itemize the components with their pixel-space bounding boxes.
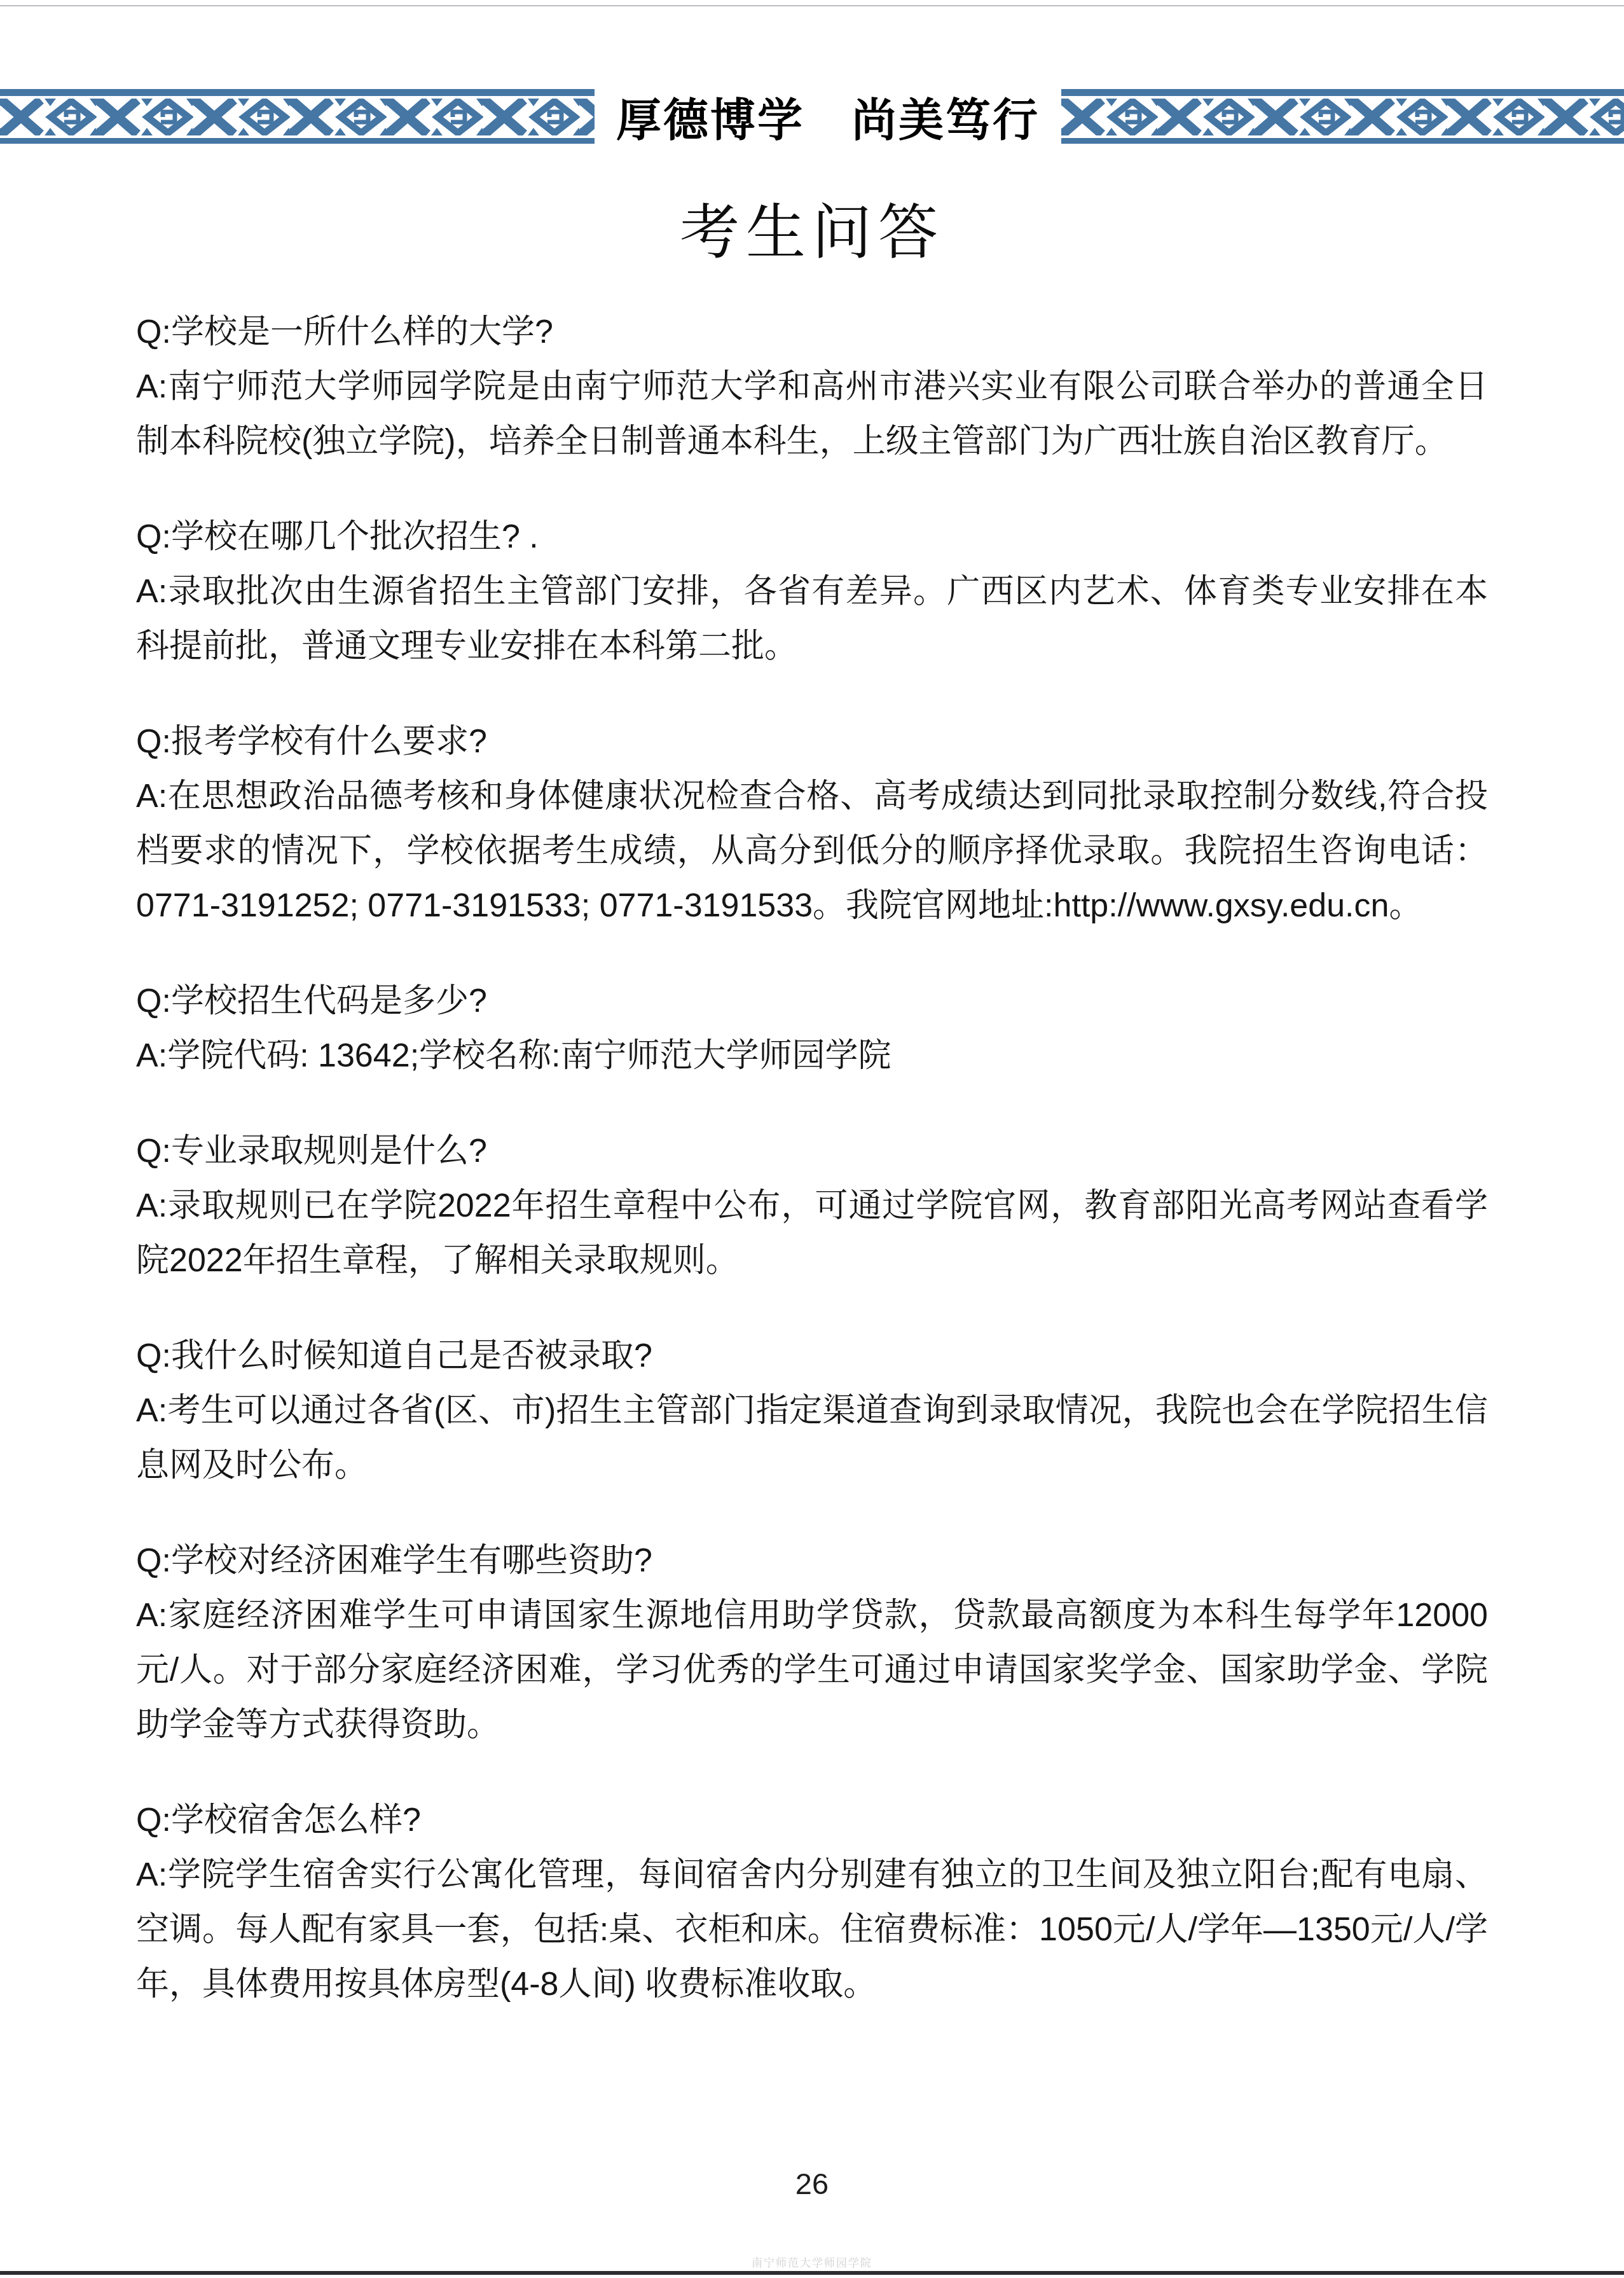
question: Q:学校在哪几个批次招生? . (136, 509, 1488, 564)
qa-list: Q:学校是一所什么样的大学? A:南宁师范大学师园学院是由南宁师范大学和高州市港… (136, 305, 1488, 2012)
question: Q:学校招生代码是多少? (136, 974, 1488, 1028)
question: Q:学校对经济困难学生有哪些资助? (136, 1533, 1488, 1588)
answer: A:考生可以通过各省(区、市)招生主管部门指定渠道查询到录取情况，我院也会在学院… (136, 1383, 1488, 1493)
qa-block: Q:学校宿舍怎么样? A:学院学生宿舍实行公寓化管理，每间宿舍内分别建有独立的卫… (136, 1793, 1488, 2012)
pattern-bottom-bar (0, 138, 595, 144)
answer: A:南宁师范大学师园学院是由南宁师范大学和高州市港兴实业有限公司联合举办的普通全… (136, 359, 1488, 469)
footer-watermark: 南宁师范大学师园学院 (0, 2254, 1624, 2270)
page-header: 厚德博学 尚美笃行 (0, 89, 1624, 144)
page-title: 考生问答 (0, 184, 1624, 270)
page-number: 26 (0, 2166, 1624, 2201)
answer: A:在思想政治品德考核和身体健康状况检查合格、高考成绩达到同批录取控制分数线,符… (136, 769, 1488, 933)
pattern-bottom-bar (1061, 138, 1624, 144)
bottom-border-bar (0, 2271, 1624, 2275)
qa-block: Q:学校在哪几个批次招生? . A:录取批次由生源省招生主管部门安排，各省有差异… (136, 509, 1488, 673)
page: 厚德博学 尚美笃行 考生问答 Q:学校是一所什么样的大学? A:南宁师范大学师园… (0, 0, 1624, 2278)
question: Q:报考学校有什么要求? (136, 714, 1488, 769)
qa-block: Q:学校是一所什么样的大学? A:南宁师范大学师园学院是由南宁师范大学和高州市港… (136, 305, 1488, 469)
pattern-top-bar (1061, 89, 1624, 96)
question: Q:学校是一所什么样的大学? (136, 305, 1488, 359)
school-motto: 厚德博学 尚美笃行 (595, 84, 1061, 149)
answer: A:家庭经济困难学生可申请国家生源地信用助学贷款，贷款最高额度为本科生每学年12… (136, 1588, 1488, 1752)
question: Q:我什么时候知道自己是否被录取? (136, 1329, 1488, 1383)
answer: A:学院学生宿舍实行公寓化管理，每间宿舍内分别建有独立的卫生间及独立阳台;配有电… (136, 1847, 1488, 2012)
question: Q:学校宿舍怎么样? (136, 1793, 1488, 1847)
qa-block: Q:学校招生代码是多少? A:学院代码: 13642;学校名称:南宁师范大学师园… (136, 974, 1488, 1083)
question: Q:专业录取规则是什么? (136, 1124, 1488, 1178)
pattern-top-bar (0, 89, 595, 96)
zhuang-brocade-icon (0, 99, 595, 136)
zhuang-pattern-right (1061, 89, 1624, 144)
qa-block: Q:报考学校有什么要求? A:在思想政治品德考核和身体健康状况检查合格、高考成绩… (136, 714, 1488, 933)
qa-block: Q:专业录取规则是什么? A:录取规则已在学院2022年招生章程中公布，可通过学… (136, 1124, 1488, 1288)
top-border-line (0, 5, 1624, 6)
zhuang-pattern-left (0, 89, 595, 144)
qa-block: Q:我什么时候知道自己是否被录取? A:考生可以通过各省(区、市)招生主管部门指… (136, 1329, 1488, 1493)
answer: A:录取规则已在学院2022年招生章程中公布，可通过学院官网，教育部阳光高考网站… (136, 1178, 1488, 1288)
qa-block: Q:学校对经济困难学生有哪些资助? A:家庭经济困难学生可申请国家生源地信用助学… (136, 1533, 1488, 1752)
answer: A:学院代码: 13642;学校名称:南宁师范大学师园学院 (136, 1028, 1488, 1083)
zhuang-brocade-icon (1061, 99, 1624, 136)
answer: A:录取批次由生源省招生主管部门安排，各省有差异。广西区内艺术、体育类专业安排在… (136, 564, 1488, 673)
